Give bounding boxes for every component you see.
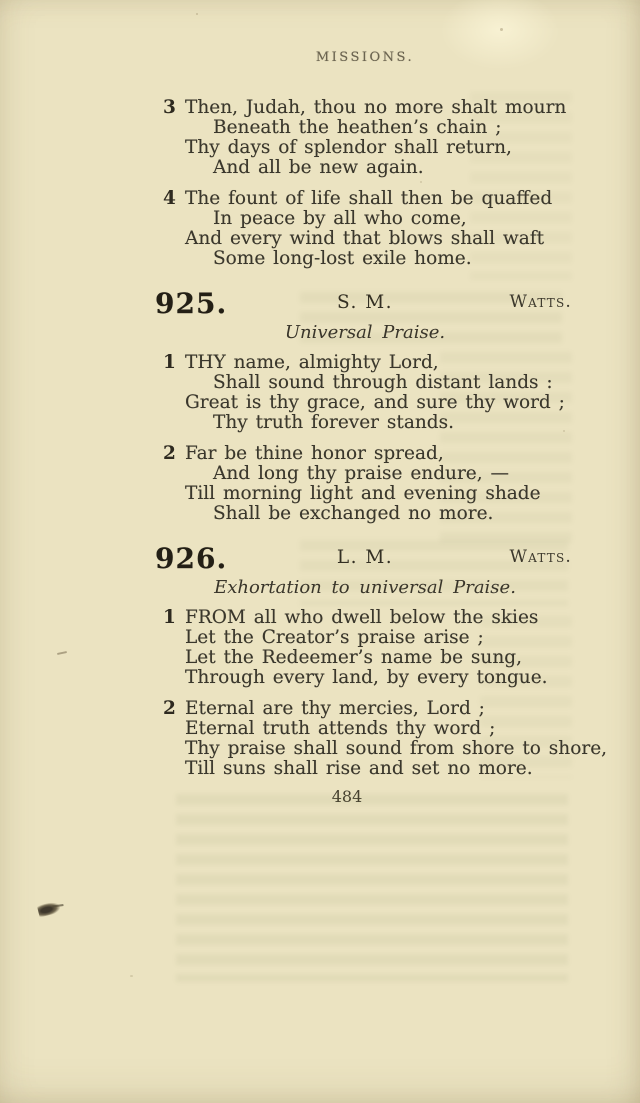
hymn-author: Watts.	[509, 287, 572, 317]
hymn-verses: 1 FROM all who dwell below the skies Let…	[150, 608, 580, 779]
verse-line: Thy praise shall sound from shore to sho…	[185, 739, 580, 759]
ink-smudge	[37, 901, 61, 918]
hymn-number: 926.	[155, 542, 227, 575]
hymn-meter: S. M.	[337, 288, 393, 318]
verse-line: Beneath the heathen’s chain ;	[213, 118, 580, 138]
verse-line: Till morning light and evening shade	[185, 484, 580, 504]
verse-line: Eternal are thy mercies, Lord ;	[185, 699, 580, 719]
verse-number: 1	[163, 353, 176, 373]
verse-line: Let the Redeemer’s name be sung,	[185, 648, 580, 668]
verse-number: 4	[163, 189, 176, 209]
paper-speck	[130, 975, 133, 977]
verse-line: Thy days of splendor shall return,	[185, 138, 580, 158]
hymn-title: Universal Praise.	[150, 322, 580, 344]
verse: 4 The fount of life shall then be quaffe…	[150, 189, 580, 269]
hymn-continuation: 3 Then, Judah, thou no more shalt mourn …	[150, 98, 580, 269]
hymn-meter: L. M.	[337, 543, 393, 573]
text-block: MISSIONS. 3 Then, Judah, thou no more sh…	[150, 50, 580, 805]
verse: 3 Then, Judah, thou no more shalt mourn …	[150, 98, 580, 178]
paper-speck	[500, 28, 503, 31]
verse: 1 THY name, almighty Lord, Shall sound t…	[150, 353, 580, 433]
verse: 2 Eternal are thy mercies, Lord ; Eterna…	[150, 699, 580, 779]
verse-line: The fount of life shall then be quaffed	[185, 189, 580, 209]
verse-line: Through every land, by every tongue.	[185, 668, 580, 688]
showthrough-text	[176, 794, 568, 982]
verse-number: 3	[163, 98, 176, 118]
verse-line: Let the Creator’s praise arise ;	[185, 628, 580, 648]
hymn-verses: 1 THY name, almighty Lord, Shall sound t…	[150, 353, 580, 524]
verse-number: 2	[163, 699, 176, 719]
pen-mark	[57, 651, 67, 655]
verse-line: Far be thine honor spread,	[185, 444, 580, 464]
hymn-926: 926. L. M. Watts. Exhortation to univers…	[150, 544, 580, 779]
verse-line: Some long-lost exile home.	[213, 249, 580, 269]
verse-line: Eternal truth attends thy word ;	[185, 719, 580, 739]
verse-number: 2	[163, 444, 176, 464]
paper-speck	[420, 181, 422, 183]
verse-line: Shall sound through distant lands :	[213, 373, 580, 393]
hymn-author: Watts.	[509, 542, 572, 572]
hymn-925: 925. S. M. Watts. Universal Praise. 1 TH…	[150, 289, 580, 524]
paper-speck	[563, 430, 565, 432]
paper-speck	[196, 13, 198, 15]
running-header: MISSIONS.	[150, 50, 580, 66]
book-page: MISSIONS. 3 Then, Judah, thou no more sh…	[0, 0, 640, 1103]
verse-line: And long thy praise endure, —	[213, 464, 580, 484]
verse-line: FROM all who dwell below the skies	[185, 608, 580, 628]
hymn-number: 925.	[155, 287, 227, 320]
hymn-heading: 926. L. M. Watts.	[150, 544, 580, 574]
verse-line: And all be new again.	[213, 158, 580, 178]
verse: 1 FROM all who dwell below the skies Let…	[150, 608, 580, 688]
hymn-title: Exhortation to universal Praise.	[150, 577, 580, 599]
verse-line: Shall be exchanged no more.	[213, 504, 580, 524]
verse: 2 Far be thine honor spread, And long th…	[150, 444, 580, 524]
hymn-heading: 925. S. M. Watts.	[150, 289, 580, 319]
verse-line: In peace by all who come,	[213, 209, 580, 229]
verse-line: And every wind that blows shall waft	[185, 229, 580, 249]
verse-line: Thy truth forever stands.	[213, 413, 580, 433]
page-number: 484	[132, 789, 562, 805]
verse-line: Great is thy grace, and sure thy word ;	[185, 393, 580, 413]
verse-number: 1	[163, 608, 176, 628]
verse-line: Then, Judah, thou no more shalt mourn	[185, 98, 580, 118]
verse-line: Till suns shall rise and set no more.	[185, 759, 580, 779]
verse-line: THY name, almighty Lord,	[185, 353, 580, 373]
